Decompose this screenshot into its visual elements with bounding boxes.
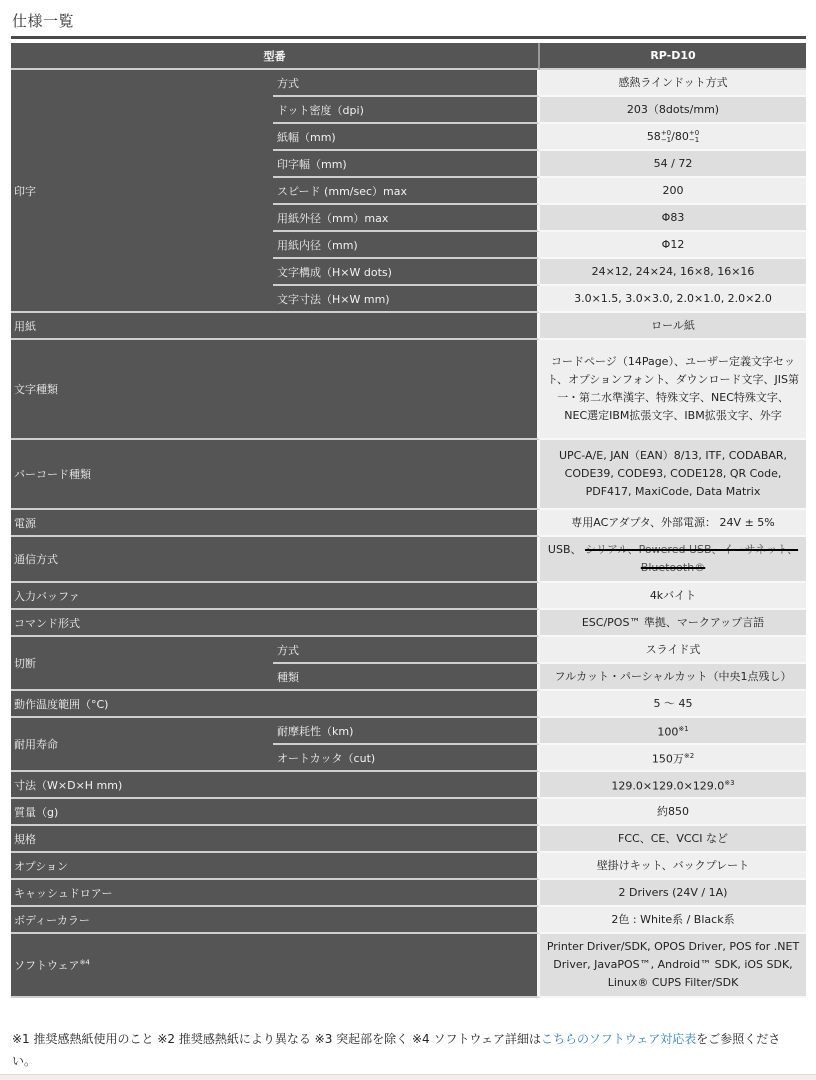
- value: 約850: [540, 799, 806, 826]
- row-label: キャッシュドロアー: [11, 880, 540, 907]
- value: 24×12, 24×24, 16×8, 16×16: [540, 259, 806, 286]
- sub-label: 印字幅（mm): [273, 151, 540, 178]
- value: FCC、CE、VCCI など: [540, 826, 806, 853]
- value: 54 / 72: [540, 151, 806, 178]
- value: Φ83: [540, 205, 806, 232]
- table-row: ボディーカラー 2色 : White系 / Black系: [11, 907, 806, 934]
- table-row: 切断 方式 スライド式: [11, 637, 806, 664]
- sub-label: 用紙内径（mm): [273, 232, 540, 259]
- footnote-ref: ※4: [80, 958, 90, 966]
- value: 壁掛けキット、バックプレート: [540, 853, 806, 880]
- category-print: 印字: [11, 70, 273, 313]
- sub-label: 文字寸法（H×W mm): [273, 286, 540, 313]
- table-row: 印字 方式 感熱ラインドット方式: [11, 70, 806, 97]
- value: ESC/POS™ 準拠、マークアップ言語: [540, 610, 806, 637]
- value: 感熱ラインドット方式: [540, 70, 806, 97]
- table-row: 入力バッファ 4kバイト: [11, 583, 806, 610]
- value: 5 ～ 45: [540, 691, 806, 718]
- value: 2 Drivers (24V / 1A): [540, 880, 806, 907]
- row-label: 電源: [11, 510, 540, 537]
- row-label: ソフトウェア※4: [11, 934, 540, 998]
- row-label: 質量（g): [11, 799, 540, 826]
- bottom-bar: [0, 1074, 816, 1080]
- row-label: バーコード種類: [11, 440, 540, 510]
- value: コードページ（14Page）、ユーザー定義文字セット、オプションフォント、ダウン…: [540, 340, 806, 440]
- footnotes: ※1 推奨感熱紙使用のこと ※2 推奨感熱紙により異なる ※3 突起部を除く ※…: [12, 1028, 802, 1072]
- header-model-label: 型番: [11, 43, 540, 70]
- sub-label: オートカッタ（cut): [273, 745, 540, 772]
- value: 4kバイト: [540, 583, 806, 610]
- value: 150万※2: [540, 745, 806, 772]
- sub-label: 文字構成（H×W dots): [273, 259, 540, 286]
- value: 専用ACアダプタ、外部電源： 24V ± 5%: [540, 510, 806, 537]
- row-label: 規格: [11, 826, 540, 853]
- sub-label: 耐摩耗性（km): [273, 718, 540, 745]
- row-label: オプション: [11, 853, 540, 880]
- row-label: 動作温度範囲（°C): [11, 691, 540, 718]
- header-model-value: RP-D10: [540, 43, 806, 70]
- value: 200: [540, 178, 806, 205]
- title-divider: [11, 36, 806, 39]
- tolerance: +0−1: [689, 130, 699, 144]
- value-interface: USB、 シリアル、Powered USB、イーサネット、Bluetooth®: [540, 537, 806, 583]
- table-row: 耐用寿命 耐摩耗性（km) 100※1: [11, 718, 806, 745]
- table-row: コマンド形式 ESC/POS™ 準拠、マークアップ言語: [11, 610, 806, 637]
- table-row: 動作温度範囲（°C) 5 ～ 45: [11, 691, 806, 718]
- row-label: コマンド形式: [11, 610, 540, 637]
- value: ロール紙: [540, 313, 806, 340]
- value: 129.0×129.0×129.0※3: [540, 772, 806, 799]
- row-label: ボディーカラー: [11, 907, 540, 934]
- sub-label: 方式: [273, 70, 540, 97]
- table-row: 文字種類 コードページ（14Page）、ユーザー定義文字セット、オプションフォン…: [11, 340, 806, 440]
- footnote-ref: ※3: [724, 779, 734, 787]
- table-row: バーコード種類 UPC-A/E, JAN（EAN）8/13, ITF, CODA…: [11, 440, 806, 510]
- tolerance: +0−1: [661, 130, 671, 144]
- table-row: 電源 専用ACアダプタ、外部電源： 24V ± 5%: [11, 510, 806, 537]
- software-compatibility-link[interactable]: こちらのソフトウェア対応表: [541, 1032, 696, 1046]
- table-row: ソフトウェア※4 Printer Driver/SDK, OPOS Driver…: [11, 934, 806, 998]
- footnote-ref: ※2: [684, 752, 694, 760]
- table-row: 規格 FCC、CE、VCCI など: [11, 826, 806, 853]
- sub-label: 種類: [273, 664, 540, 691]
- value: Printer Driver/SDK, OPOS Driver, POS for…: [540, 934, 806, 998]
- value: Φ12: [540, 232, 806, 259]
- row-label: 通信方式: [11, 537, 540, 583]
- sub-label: スピード (mm/sec）max: [273, 178, 540, 205]
- value-paper-width: 58+0−1/80+0−1: [540, 124, 806, 151]
- table-row: 寸法（W×D×H mm) 129.0×129.0×129.0※3: [11, 772, 806, 799]
- value: 2色 : White系 / Black系: [540, 907, 806, 934]
- table-header-row: 型番 RP-D10: [11, 43, 806, 70]
- sub-label: ドット密度（dpi): [273, 97, 540, 124]
- footnote-ref: ※1: [678, 725, 688, 733]
- row-label: 寸法（W×D×H mm): [11, 772, 540, 799]
- struck-interfaces: シリアル、Powered USB、イーサネット、Bluetooth®: [585, 543, 798, 574]
- sub-label: 紙幅（mm): [273, 124, 540, 151]
- sub-label: 用紙外径（mm）max: [273, 205, 540, 232]
- value: 100※1: [540, 718, 806, 745]
- row-label: 文字種類: [11, 340, 540, 440]
- table-row: オプション 壁掛けキット、バックプレート: [11, 853, 806, 880]
- category-cutter: 切断: [11, 637, 273, 691]
- table-row: 用紙 ロール紙: [11, 313, 806, 340]
- value: UPC-A/E, JAN（EAN）8/13, ITF, CODABAR, COD…: [540, 440, 806, 510]
- value: フルカット・パーシャルカット（中央1点残し）: [540, 664, 806, 691]
- table-row: キャッシュドロアー 2 Drivers (24V / 1A): [11, 880, 806, 907]
- row-label: 入力バッファ: [11, 583, 540, 610]
- value: 3.0×1.5, 3.0×3.0, 2.0×1.0, 2.0×2.0: [540, 286, 806, 313]
- value: 203（8dots/mm): [540, 97, 806, 124]
- page-title: 仕様一覧: [12, 10, 74, 31]
- table-row: 通信方式 USB、 シリアル、Powered USB、イーサネット、Blueto…: [11, 537, 806, 583]
- row-label: 用紙: [11, 313, 540, 340]
- sub-label: 方式: [273, 637, 540, 664]
- spec-table: 型番 RP-D10 印字 方式 感熱ラインドット方式 ドット密度（dpi) 20…: [11, 43, 806, 998]
- table-row: 質量（g) 約850: [11, 799, 806, 826]
- value: スライド式: [540, 637, 806, 664]
- category-life: 耐用寿命: [11, 718, 273, 772]
